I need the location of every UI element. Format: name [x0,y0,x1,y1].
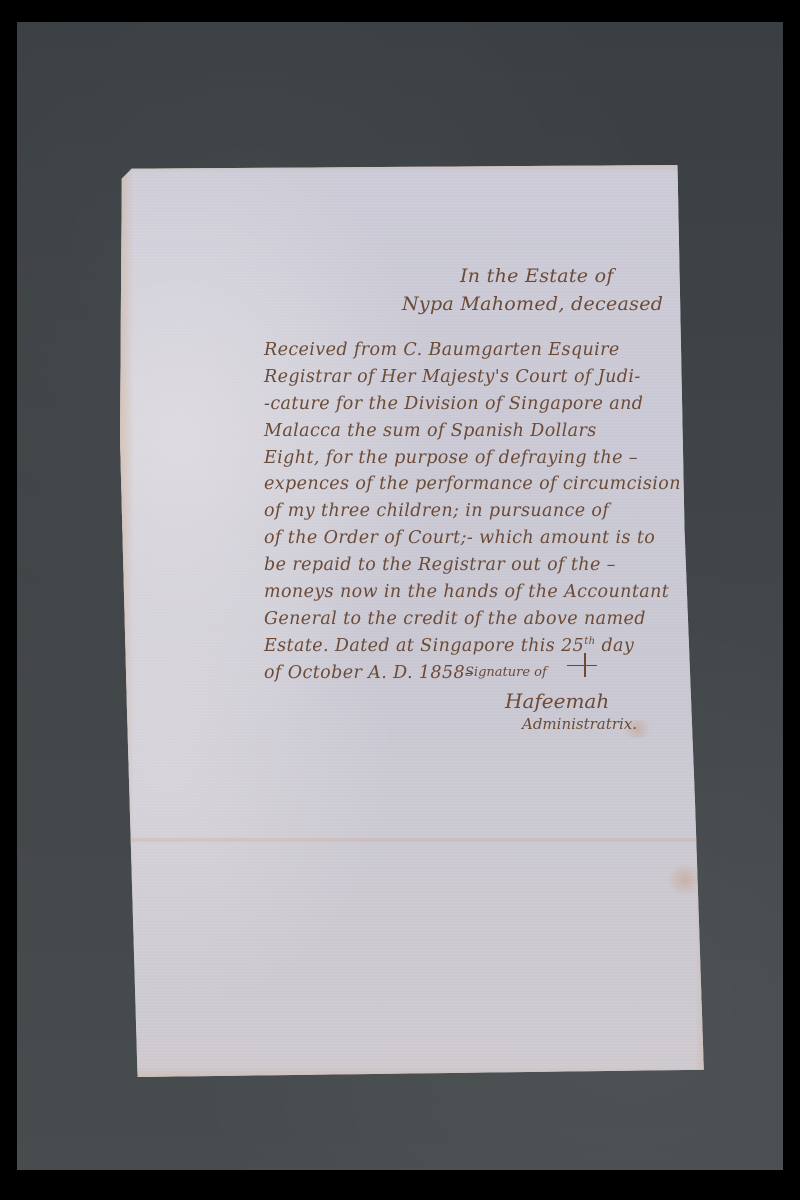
receipt-body: Received from C. Baumgarten Esquire Regi… [264,337,704,687]
document-paper: In the Estate of Nypa Mahomed, deceased … [120,165,705,1077]
receipt-line: Received from C. Baumgarten Esquire [264,337,704,364]
receipt-line: Malacca the sum of Spanish Dollars [264,418,704,445]
receipt-line: General to the credit of the above named [264,606,704,633]
date-line-trailing: day [595,636,634,656]
receipt-line: be repaid to the Registrar out of the – [264,552,704,579]
receipt-line: -cature for the Division of Singapore an… [264,391,704,418]
receipt-line: expences of the performance of circumcis… [264,471,704,498]
paper-fold-line [120,837,705,843]
estate-heading-line-2: Nypa Mahomed, deceased [402,293,663,315]
receipt-line: of my three children; in pursuance of [264,498,704,525]
date-line-text: Estate. Dated at Singapore this 25 [264,636,584,656]
signatory-title: Administratrix. [522,715,637,733]
receipt-line: moneys now in the hands of the Accountan… [264,579,704,606]
date-superscript: th [584,636,595,647]
receipt-line: Eight, for the purpose of defraying the … [264,445,704,472]
signatory-name: Hafeemah [505,689,609,713]
estate-heading-line-1: In the Estate of [460,265,614,287]
signature-cross-mark-icon [575,653,595,677]
signature-label: Signature of [465,665,547,680]
receipt-line: of the Order of Court;- which amount is … [264,525,704,552]
receipt-date-line: Estate. Dated at Singapore this 25th day [264,633,704,660]
receipt-line: Registrar of Her Majesty's Court of Judi… [264,364,704,391]
